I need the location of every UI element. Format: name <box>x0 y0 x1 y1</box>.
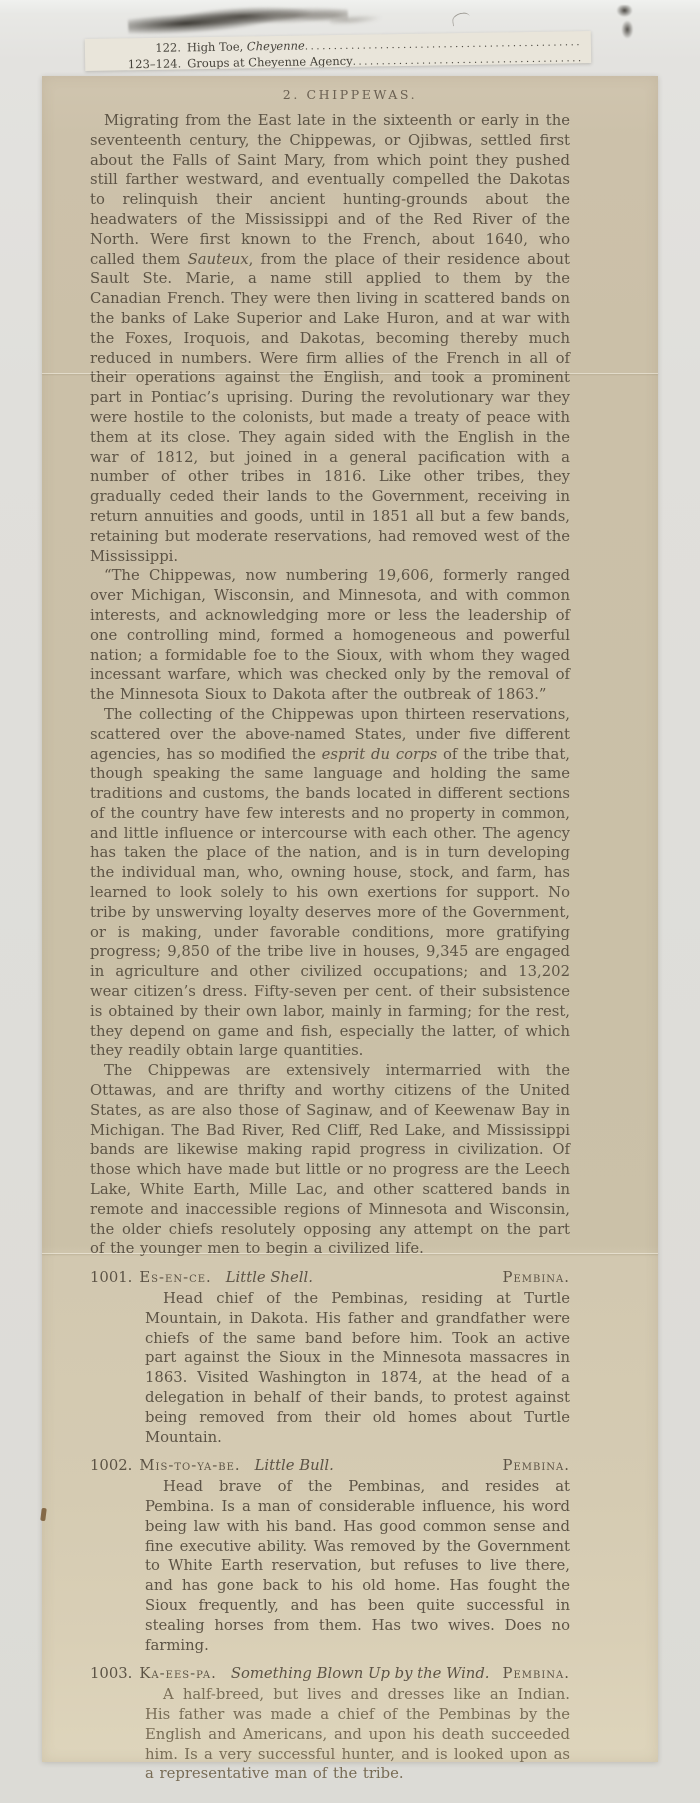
entry-heading: 1002. Mis-to-ya-be. Little Bull. Pembina… <box>90 1456 570 1476</box>
paragraph-intermarriage: The Chippewas are extensively intermarri… <box>90 1061 570 1259</box>
entry-translated-name: Little Shell. <box>226 1268 313 1288</box>
pencil-squiggle-mark <box>451 12 471 27</box>
index-entry-title: Groups at Cheyenne Agency <box>187 54 353 71</box>
dot-leader: ........................................… <box>353 52 584 70</box>
paragraph-reservations: The collecting of the Chippewas upon thi… <box>90 705 570 1061</box>
entry-description: Head brave of the Pembinas, and resides … <box>145 1477 570 1655</box>
entry-1003: 1003. Ka-ees-pa. Something Blown Up by t… <box>90 1664 570 1784</box>
entry-heading: 1001. Es-en-ce. Little Shell. Pembina. <box>90 1268 570 1288</box>
ink-mark-top-right <box>610 5 638 39</box>
entry-heading: 1003. Ka-ees-pa. Something Blown Up by t… <box>90 1664 570 1684</box>
index-entry-title: High Toe, Cheyenne <box>187 39 305 55</box>
index-strip: 122. High Toe, Cheyenne ................… <box>85 31 591 71</box>
entry-1001: 1001. Es-en-ce. Little Shell. Pembina. H… <box>90 1268 570 1447</box>
paragraph-migration: Migrating from the East late in the sixt… <box>90 111 570 566</box>
entry-description: A half-breed, but lives and dresses like… <box>145 1685 570 1784</box>
paper-seam <box>42 373 658 374</box>
paper-edge-stain <box>40 1508 47 1522</box>
photo-mat-background: 122. High Toe, Cheyenne ................… <box>0 0 700 1803</box>
entry-1002: 1002. Mis-to-ya-be. Little Bull. Pembina… <box>90 1456 570 1655</box>
entry-native-name: Es-en-ce. <box>139 1268 211 1288</box>
index-entry-number: 122. <box>85 40 187 56</box>
index-entry-number: 123–124. <box>85 56 187 71</box>
ink-smudge <box>127 0 348 38</box>
entry-translated-name: Something Blown Up by the Wind. <box>231 1664 490 1684</box>
entry-number: 1002. <box>90 1456 132 1476</box>
entry-tribe: Pembina. <box>503 1268 570 1288</box>
scanned-catalog-page: 2. CHIPPEWAS. Migrating from the East la… <box>42 76 658 1762</box>
entry-number: 1003. <box>90 1664 132 1684</box>
entry-translated-name: Little Bull. <box>255 1456 334 1476</box>
entry-number: 1001. <box>90 1268 132 1288</box>
entry-tribe: Pembina. <box>503 1664 570 1684</box>
entry-native-name: Mis-to-ya-be. <box>139 1456 240 1476</box>
entry-native-name: Ka-ees-pa. <box>139 1664 216 1684</box>
section-heading: 2. CHIPPEWAS. <box>42 76 658 102</box>
paragraph-quote-population: “The Chippewas, now numbering 19,606, fo… <box>90 566 570 705</box>
body-text: Migrating from the East late in the sixt… <box>90 111 570 1784</box>
entry-description: Head chief of the Pembinas, residing at … <box>145 1289 570 1447</box>
paper-seam <box>42 1253 658 1254</box>
entry-tribe: Pembina. <box>503 1456 570 1476</box>
